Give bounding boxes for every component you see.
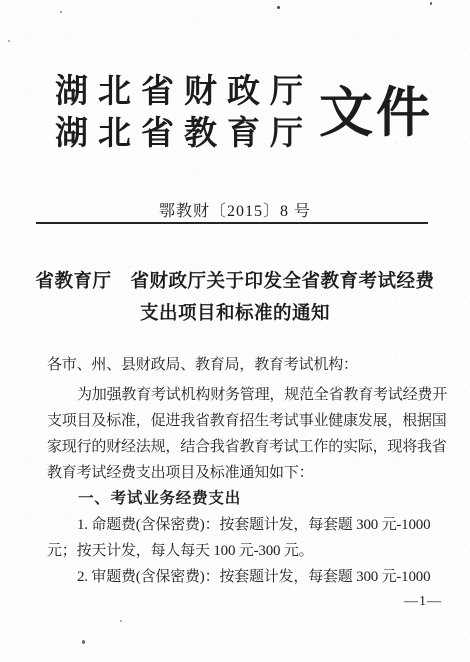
document-type-label: 文件 bbox=[319, 85, 433, 141]
page-number: —1— bbox=[404, 594, 442, 610]
salutation: 各市、州、县财政局、教育局，教育考试机构： bbox=[47, 352, 439, 378]
document-page: 湖北省财政厅 湖北省教育厅 文件 鄂教财〔2015〕8 号 省教育厅 省财政厅关… bbox=[0, 0, 470, 662]
issuer-block: 湖北省财政厅 湖北省教育厅 bbox=[55, 71, 313, 155]
body-line: 1. 命题费(含保密费)：按套题计发，每套题 300 元-1000 bbox=[47, 512, 439, 538]
section-heading-1: 一、考试业务经费支出 bbox=[47, 486, 439, 512]
document-body: 各市、州、县财政局、教育局，教育考试机构： 为加强教育考试机构财务管理，规范全省… bbox=[47, 352, 439, 590]
title-line2: 支出项目和标准的通知 bbox=[0, 298, 470, 330]
item-1: 1. 命题费(含保密费)：按套题计发，每套题 300 元-1000 元；按天计发… bbox=[47, 512, 439, 564]
scan-speck bbox=[8, 40, 10, 42]
body-line: 2. 审题费(含保密费)：按套题计发，每套题 300 元-1000 bbox=[47, 564, 439, 590]
issuer-name-line1: 湖北省财政厅 bbox=[55, 71, 313, 113]
body-line: 元；按天计发，每人每天 100 元-300 元。 bbox=[47, 538, 439, 564]
separator-line bbox=[36, 222, 428, 224]
letterhead: 湖北省财政厅 湖北省教育厅 文件 bbox=[55, 71, 433, 155]
title-line1: 省教育厅 省财政厅关于印发全省教育考试经费 bbox=[0, 266, 470, 298]
scan-speck bbox=[430, 2, 432, 5]
scan-speck bbox=[82, 640, 85, 644]
issuer-name-line2: 湖北省教育厅 bbox=[55, 113, 313, 155]
document-number: 鄂教财〔2015〕8 号 bbox=[0, 198, 470, 221]
scan-speck bbox=[277, 6, 280, 9]
body-line: 支项目及标准，促进我省教育招生考试事业健康发展，根据国 bbox=[47, 408, 439, 434]
scan-speck bbox=[60, 11, 62, 13]
body-line: 教育考试经费支出项目及标准通知如下： bbox=[47, 460, 439, 486]
intro-paragraph: 为加强教育考试机构财务管理，规范全省教育考试经费开 支项目及标准，促进我省教育招… bbox=[47, 382, 439, 486]
body-line: 为加强教育考试机构财务管理，规范全省教育考试经费开 bbox=[47, 382, 439, 408]
scan-speck bbox=[120, 620, 122, 622]
item-2: 2. 审题费(含保密费)：按套题计发，每套题 300 元-1000 bbox=[47, 564, 439, 590]
document-title: 省教育厅 省财政厅关于印发全省教育考试经费 支出项目和标准的通知 bbox=[0, 266, 470, 330]
body-line: 家现行的财经法规，结合我省教育考试工作的实际，现将我省 bbox=[47, 434, 439, 460]
